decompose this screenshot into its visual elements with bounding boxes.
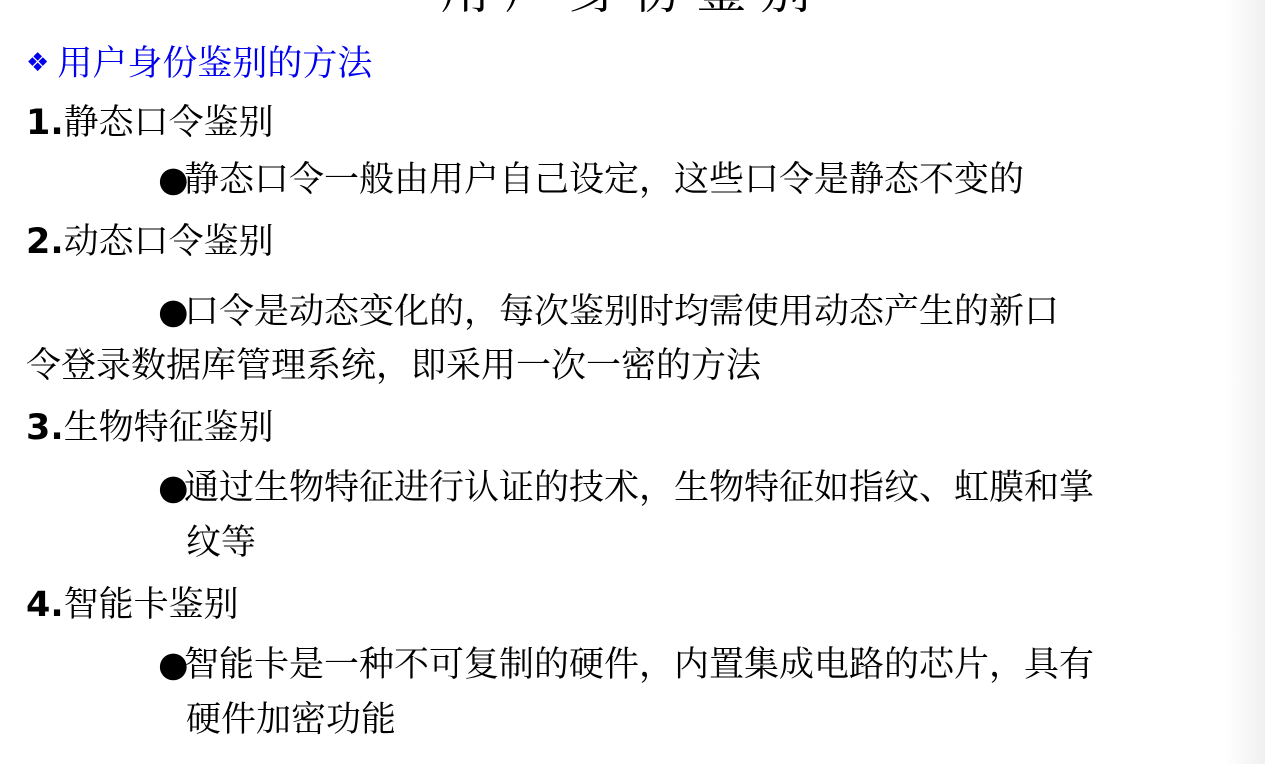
method-2-desc-cont: 令登录数据库管理系统，即采用一次一密的方法 (26, 343, 761, 389)
method-4-title: 4.智能卡鉴别 (26, 582, 239, 628)
method-2-title: 2.动态口令鉴别 (26, 219, 274, 265)
method-3-desc-cont: 纹等 (186, 520, 256, 566)
section-heading-text: 用户身份鉴别的方法 (57, 44, 372, 84)
bullet-dot-icon: ● (158, 465, 184, 511)
slide-title: 用户身份鉴别 (0, 0, 1265, 16)
method-1-title: 1.静态口令鉴别 (26, 100, 274, 146)
diamond-bullet-icon: ❖ (26, 48, 49, 78)
method-1-desc: ●静态口令一般由用户自己设定，这些口令是静态不变的 (158, 157, 1024, 203)
bullet-dot-icon: ● (158, 157, 184, 203)
section-heading: ❖用户身份鉴别的方法 (26, 40, 372, 87)
method-3-title: 3.生物特征鉴别 (26, 405, 274, 451)
method-2-desc: ●口令是动态变化的，每次鉴别时均需使用动态产生的新口 (158, 289, 1059, 335)
method-3-desc: ●通过生物特征进行认证的技术，生物特征如指纹、虹膜和掌 (158, 465, 1094, 511)
slide-edge-shadow (1225, 0, 1265, 764)
bullet-dot-icon: ● (158, 289, 184, 335)
bullet-dot-icon: ● (158, 642, 184, 688)
method-4-desc-cont: 硬件加密功能 (186, 697, 396, 743)
method-4-desc: ●智能卡是一种不可复制的硬件，内置集成电路的芯片，具有 (158, 642, 1094, 688)
